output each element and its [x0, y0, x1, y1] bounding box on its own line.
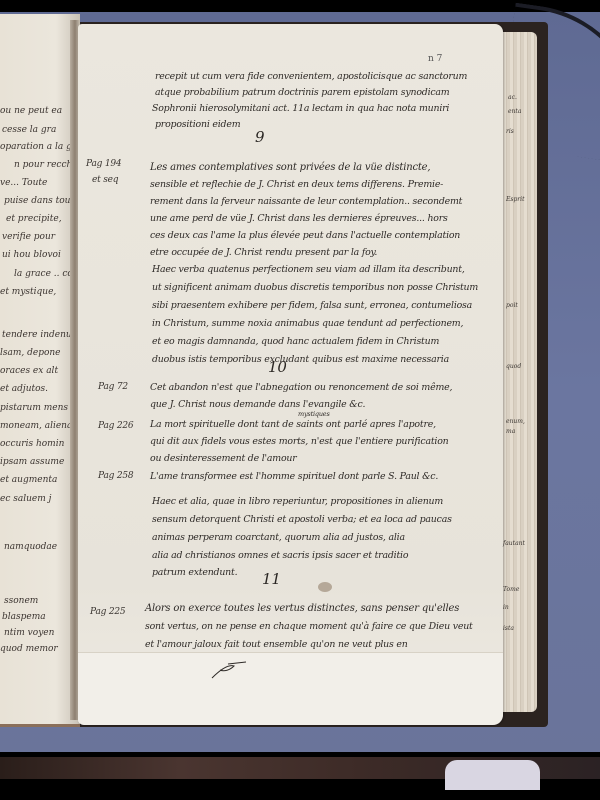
latin-line: in Christum, summe noxia animabus quae t… — [152, 319, 463, 328]
text-line: etre occupée de J. Christ rendu present … — [150, 248, 377, 257]
text-line: Sophronii hierosolymitani act. 11a lecta… — [152, 104, 449, 113]
margin-fragment: ma — [506, 428, 515, 435]
latin-line: sensum detorquent Christi et apostoli ve… — [152, 515, 452, 524]
left-line: et mystique, — [0, 287, 56, 297]
margin-reference: et seq — [92, 176, 118, 185]
left-line: ui hou blovoi — [2, 250, 61, 260]
margin-fragment: in — [503, 604, 509, 611]
left-line: oraces ex alt — [0, 366, 58, 376]
margin-fragment: ris — [506, 128, 514, 135]
left-line: et augmenta — [0, 475, 57, 485]
margin-reference: Pag 194 — [86, 160, 121, 169]
left-line: blaspema — [2, 612, 46, 622]
folio-mark: n 7 — [428, 54, 442, 64]
left-line: ntim voyen — [4, 628, 54, 638]
text-line: atque probabilium patrum doctrinis parem… — [155, 88, 450, 97]
left-line: ou ne peut ea — [0, 106, 62, 116]
margin-fragment: fautant — [503, 540, 525, 547]
ink-stain — [318, 582, 332, 592]
margin-reference: Pag 226 — [98, 422, 133, 431]
section-number: 10 — [268, 360, 287, 375]
margin-fragment: enta — [508, 108, 521, 115]
left-line: pistarum mens — [0, 403, 68, 413]
section-number: 9 — [255, 130, 264, 145]
margin-fragment: quod — [506, 363, 521, 370]
latin-line: sibi praesentem exhibere per fidem, fals… — [152, 301, 472, 310]
left-line: quod memor — [0, 644, 58, 654]
left-line: lsam, depone — [0, 348, 61, 358]
latin-line: Haec et alia, quae in libro reperiuntur,… — [152, 497, 443, 506]
left-line: moneam, aliena — [0, 421, 72, 431]
text-line: recepit ut cum vera fide convenientem, a… — [155, 72, 467, 81]
text-line: et l'amour jaloux fait tout ensemble qu'… — [145, 640, 408, 649]
text-line: propositioni eidem — [155, 120, 240, 129]
text-line: La mort spirituelle dont tant de saints … — [150, 420, 436, 429]
margin-fragment: ac. — [508, 94, 517, 101]
margin-fragment: enum, — [506, 418, 525, 425]
margin-reference: Pag 72 — [98, 383, 128, 392]
section-number: 11 — [262, 572, 281, 587]
text-line: que J. Christ nous demande dans l'evangi… — [150, 400, 365, 409]
left-line: ipsam assume — [0, 457, 64, 467]
margin-fragment: poit — [506, 302, 518, 309]
left-line: ssonem — [4, 596, 38, 606]
manuscript-page — [78, 24, 503, 724]
text-line: L'ame transformee est l'homme spirituel … — [150, 472, 438, 481]
left-line: la grace .. co — [14, 269, 72, 279]
margin-fragment: Tome — [503, 586, 519, 593]
latin-line: ut significent animam duobus discretis t… — [152, 283, 478, 292]
left-line: puise dans tou — [4, 196, 70, 206]
left-line: et precipite, — [6, 214, 62, 224]
text-line: rement dans la ferveur naissante de leur… — [150, 197, 462, 206]
cloth — [445, 760, 540, 790]
signature-flourish-icon — [210, 660, 250, 680]
interlinear-note: mystiques — [298, 411, 330, 418]
left-line: namquodae — [4, 542, 57, 552]
margin-reference: Pag 225 — [90, 608, 125, 617]
left-line: verifie pour — [2, 232, 55, 242]
text-line: Les ames contemplatives sont privées de … — [150, 163, 430, 173]
left-line: n pour reccho — [14, 160, 72, 170]
latin-line: animas perperam coarctant, quorum alia a… — [152, 533, 405, 542]
text-line: sont vertus, on ne pense en chaque momen… — [145, 622, 473, 631]
left-line: cesse la gra — [2, 125, 56, 135]
page-fold — [78, 652, 503, 725]
text-line: sensible et reflechie de J. Christ en de… — [150, 180, 443, 189]
latin-line: Haec verba quatenus perfectionem seu via… — [152, 265, 465, 274]
margin-fragment: ista — [503, 625, 514, 632]
margin-fragment: Esprit — [506, 196, 525, 203]
text-line: Alors on exerce toutes les vertus distin… — [145, 604, 459, 614]
left-line: ec saluem j — [0, 494, 51, 504]
left-line: tendere indenu — [2, 330, 72, 340]
latin-line: patrum extendunt. — [152, 568, 237, 577]
latin-line: et eo magis damnanda, quod hanc actualem… — [152, 337, 439, 346]
text-line: Cet abandon n'est que l'abnegation ou re… — [150, 383, 452, 392]
latin-line: alia ad christianos omnes et sacris ipsi… — [152, 551, 408, 560]
left-line: et adjutos. — [0, 384, 48, 394]
latin-line: duobus istis temporibus excludant quibus… — [152, 355, 449, 364]
text-line: une ame perd de vüe J. Christ dans les d… — [150, 214, 448, 223]
text-line: ou desinteressement de l'amour — [150, 454, 297, 463]
margin-reference: Pag 258 — [98, 472, 133, 481]
text-line: ces deux cas l'ame la plus élevée peut d… — [150, 231, 460, 240]
left-line: occuris homin — [0, 439, 64, 449]
left-page-text: ou ne peut ea cesse la gra oparation a l… — [0, 14, 72, 714]
text-line: qui dit aux fidels vous estes morts, n'e… — [150, 437, 449, 446]
left-line: ve... Toute — [0, 178, 47, 188]
left-line: oparation a la g — [0, 142, 72, 152]
